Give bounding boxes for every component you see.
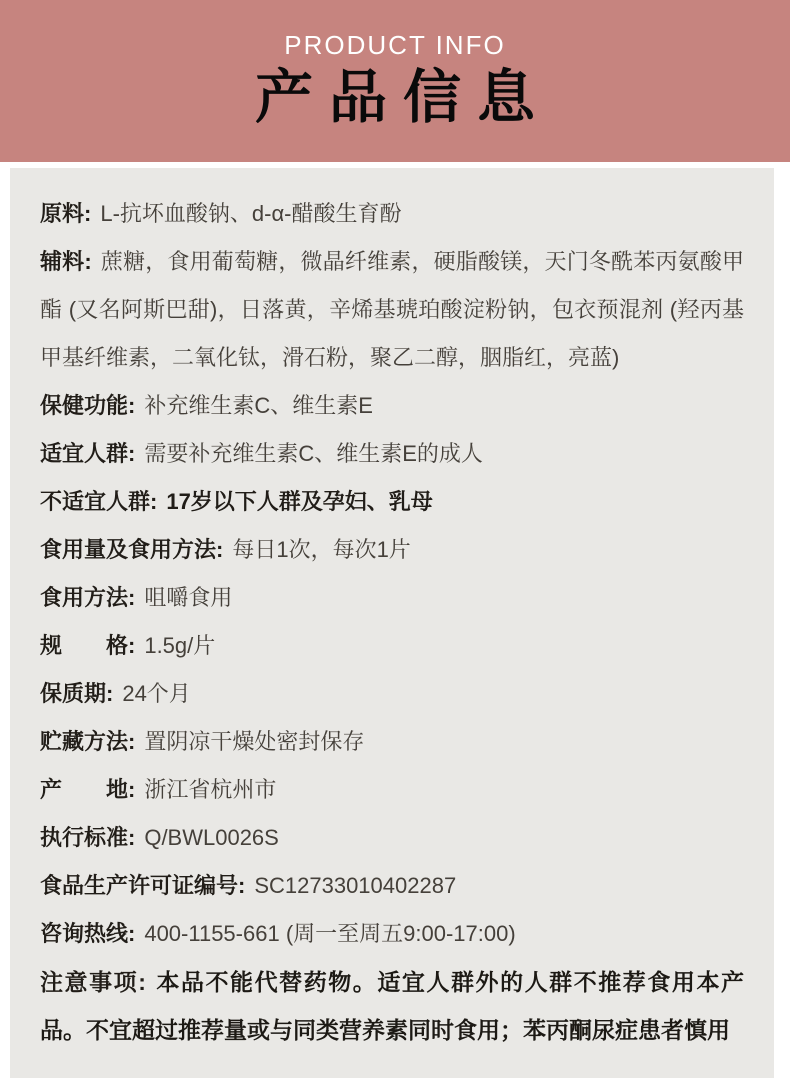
row-label: 食用量及食用方法: xyxy=(40,537,223,562)
info-row-unsuitable-people: 不适宜人群:17岁以下人群及孕妇、乳母 xyxy=(40,478,744,526)
row-value: 浙江省杭州市 xyxy=(144,777,276,802)
row-label: 规 格: xyxy=(40,633,135,658)
product-info-page: PRODUCT INFO 产品信息 原料:L-抗坏血酸钠、d-α-醋酸生育酚 辅… xyxy=(0,0,790,1089)
row-value: 咀嚼食用 xyxy=(144,585,232,610)
row-value: 1.5g/片 xyxy=(144,633,215,658)
row-label: 食品生产许可证编号: xyxy=(40,873,245,898)
info-row-origin: 产 地:浙江省杭州市 xyxy=(40,766,744,814)
row-label: 辅料: xyxy=(40,249,92,274)
row-label: 原料: xyxy=(40,201,91,226)
info-row-suitable-people: 适宜人群:需要补充维生素C、维生素E的成人 xyxy=(40,430,744,478)
info-panel: 原料:L-抗坏血酸钠、d-α-醋酸生育酚 辅料:蔗糖，食用葡萄糖，微晶纤维素，硬… xyxy=(10,168,774,1078)
row-label: 食用方法: xyxy=(40,585,135,610)
header-subtitle: PRODUCT INFO xyxy=(0,31,790,59)
info-row-standard: 执行标准:Q/BWL0026S xyxy=(40,814,744,862)
row-value: 需要补充维生素C、维生素E的成人 xyxy=(144,441,483,466)
row-value: 置阴凉干燥处密封保存 xyxy=(144,729,364,754)
row-value: 补充维生素C、维生素E xyxy=(144,393,373,418)
header-banner: PRODUCT INFO 产品信息 xyxy=(0,0,790,162)
row-label: 贮藏方法: xyxy=(40,729,135,754)
row-value: L-抗坏血酸钠、d-α-醋酸生育酚 xyxy=(100,201,401,226)
info-row-hotline: 咨询热线:400-1155-661 (周一至周五9:00-17:00) xyxy=(40,910,744,958)
info-row-shelf-life: 保质期:24个月 xyxy=(40,670,744,718)
info-row-ingredients: 原料:L-抗坏血酸钠、d-α-醋酸生育酚 xyxy=(40,190,744,238)
info-row-license-number: 食品生产许可证编号:SC12733010402287 xyxy=(40,862,744,910)
info-row-health-function: 保健功能:补充维生素C、维生素E xyxy=(40,382,744,430)
row-value: SC12733010402287 xyxy=(254,873,456,898)
row-label: 保健功能: xyxy=(40,393,135,418)
row-value: 400-1155-661 (周一至周五9:00-17:00) xyxy=(144,921,515,946)
row-label: 适宜人群: xyxy=(40,441,135,466)
row-label: 注意事项: xyxy=(40,969,146,995)
row-label: 不适宜人群: xyxy=(40,489,157,514)
row-label: 咨询热线: xyxy=(40,921,135,946)
info-row-dosage: 食用量及食用方法:每日1次，每次1片 xyxy=(40,526,744,574)
info-row-excipients: 辅料:蔗糖，食用葡萄糖，微晶纤维素，硬脂酸镁，天门冬酰苯丙氨酸甲酯 (又名阿斯巴… xyxy=(40,238,744,382)
row-value: 蔗糖，食用葡萄糖，微晶纤维素，硬脂酸镁，天门冬酰苯丙氨酸甲酯 (又名阿斯巴甜)，… xyxy=(40,249,744,370)
row-label: 执行标准: xyxy=(40,825,135,850)
row-value: 24个月 xyxy=(122,681,190,706)
row-label: 产 地: xyxy=(40,777,135,802)
info-row-precautions: 注意事项:本品不能代替药物。适宜人群外的人群不推荐食用本产品。不宜超过推荐量或与… xyxy=(40,958,744,1054)
info-row-storage: 贮藏方法:置阴凉干燥处密封保存 xyxy=(40,718,744,766)
row-value: 17岁以下人群及孕妇、乳母 xyxy=(166,489,432,514)
row-value: Q/BWL0026S xyxy=(144,825,279,850)
row-value: 每日1次，每次1片 xyxy=(232,537,410,562)
page-title: 产品信息 xyxy=(0,67,790,129)
row-label: 保质期: xyxy=(40,681,113,706)
info-row-usage: 食用方法:咀嚼食用 xyxy=(40,574,744,622)
info-row-specification: 规 格:1.5g/片 xyxy=(40,622,744,670)
